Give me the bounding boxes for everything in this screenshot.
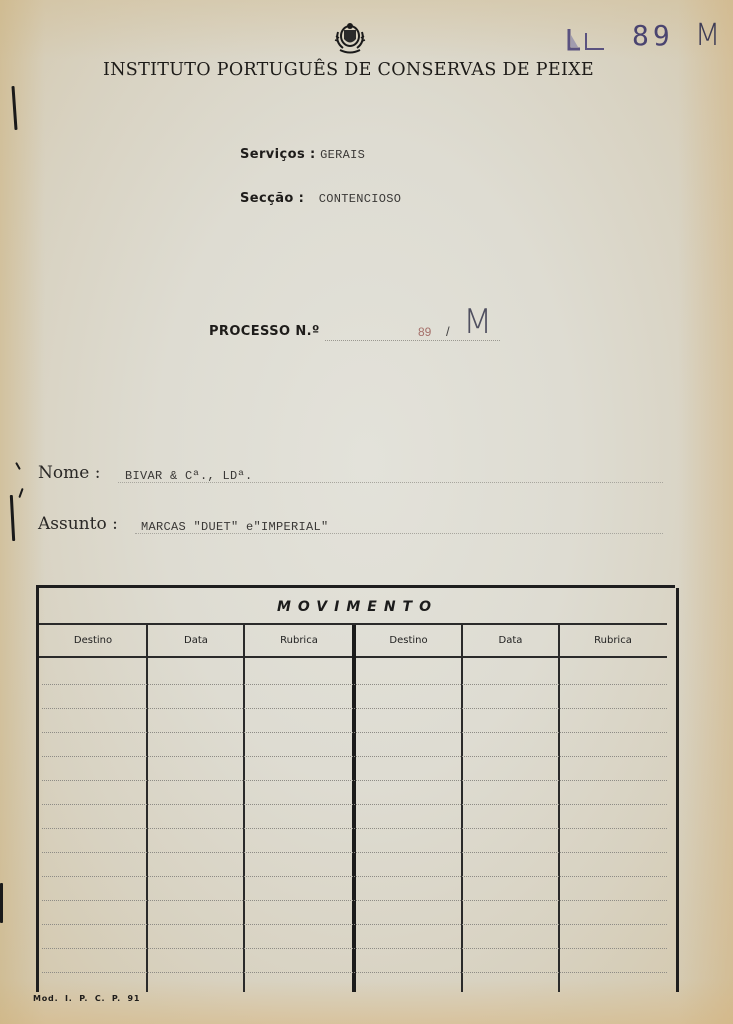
table-right-border — [676, 588, 679, 992]
servicos-field: Serviços : GERAIS — [240, 145, 365, 163]
processo-number: 89 — [418, 325, 431, 339]
table-row — [42, 948, 667, 949]
table-row — [42, 900, 667, 901]
coat-of-arms-icon — [331, 22, 369, 56]
seccao-label: Secção : — [240, 191, 304, 206]
column-header-rubrica: Rubrica — [245, 627, 353, 655]
seccao-value: CONTENCIOSO — [319, 192, 402, 206]
assunto-label: Assunto : — [38, 514, 118, 534]
processo-label: PROCESSO N.º — [209, 324, 320, 339]
left-margin-mark — [0, 883, 3, 923]
column-header-destino: Destino — [39, 627, 147, 655]
column-header-rubrica-2: Rubrica — [560, 627, 666, 655]
table-row — [42, 828, 667, 829]
table-row — [42, 876, 667, 877]
seccao-field: Secção : CONTENCIOSO — [240, 189, 401, 207]
stamp-ref-number: 89 — [632, 19, 674, 52]
column-divider — [146, 625, 148, 992]
column-header-destino-2: Destino — [356, 627, 461, 655]
stamp-mark-icon — [566, 27, 606, 53]
table-row — [42, 780, 667, 781]
servicos-value: GERAIS — [320, 148, 365, 162]
movimento-title: MOVIMENTO — [36, 599, 679, 615]
table-row — [42, 708, 667, 709]
table-row — [42, 684, 667, 685]
table-row — [42, 756, 667, 757]
table-row — [42, 972, 667, 973]
assunto-value: MARCAS "DUET" e"IMPERIAL" — [141, 520, 329, 534]
table-row — [42, 732, 667, 733]
movimento-table: MOVIMENTO Destino Data Rubrica Destino D… — [36, 585, 679, 992]
table-row — [42, 852, 667, 853]
table-row — [42, 804, 667, 805]
column-header-data-2: Data — [463, 627, 558, 655]
nome-value: BIVAR & Cª., LDª. — [125, 469, 253, 483]
nome-label: Nome : — [38, 463, 100, 483]
center-divider — [352, 625, 356, 992]
column-header-data: Data — [148, 627, 244, 655]
table-top-border — [36, 585, 675, 588]
servicos-label: Serviços : — [240, 147, 316, 162]
form-code: Mod. I. P. C. P. 91 — [33, 994, 140, 1003]
processo-letter: M — [463, 302, 492, 342]
reference-stamp: 89 M — [566, 18, 720, 53]
column-divider — [461, 625, 463, 992]
processo-slash: / — [446, 324, 450, 339]
institution-title: INSTITUTO PORTUGUÊS DE CONSERVAS DE PEIX… — [0, 60, 697, 80]
column-divider — [243, 625, 245, 992]
column-divider — [558, 625, 560, 992]
table-row — [42, 924, 667, 925]
stamp-ref-letter: M — [695, 18, 721, 53]
